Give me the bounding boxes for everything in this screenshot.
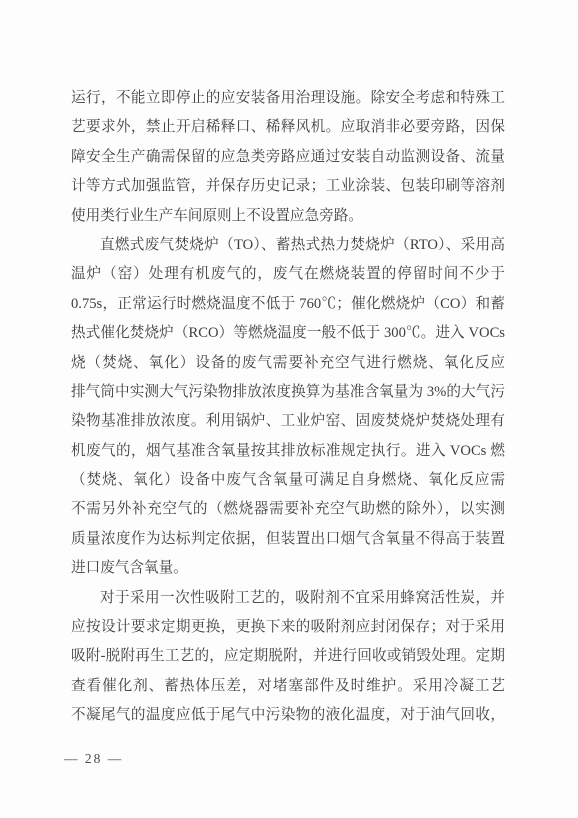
- text-line: 障安全生产确需保留的应急类旁路应通过安装自动监测设备、流量: [71, 143, 505, 172]
- text-line: 热式催化焚烧炉（RCO）等燃烧温度一般不低于 300℃。进入 VOCs 燃: [71, 319, 505, 348]
- text-line: 进口废气含氧量。: [71, 554, 505, 583]
- text-line: 对于采用一次性吸附工艺的，吸附剂不宜采用蜂窝活性炭，并: [71, 584, 505, 613]
- body-text: 运行，不能立即停止的应安装备用治理设施。除安全考虑和特殊工 艺要求外，禁止开启稀…: [71, 84, 505, 731]
- text-line: （焚烧、氧化）设备中废气含氧量可满足自身燃烧、氧化反应需要，: [71, 466, 505, 495]
- text-line: 应按设计要求定期更换，更换下来的吸附剂应封闭保存；对于采用: [71, 613, 505, 642]
- text-line: 吸附-脱附再生工艺的，应定期脱附，并进行回收或销毁处理。定期: [71, 642, 505, 671]
- text-line: 不需另外补充空气的（燃烧器需要补充空气助燃的除外），以实测: [71, 495, 505, 524]
- page-number: — 28 —: [64, 751, 123, 767]
- text-line: 排气筒中实测大气污染物排放浓度换算为基准含氧量为 3%的大气污: [71, 378, 505, 407]
- paragraph-2: 直燃式废气焚烧炉（TO）、蓄热式热力焚烧炉（RTO）、采用高 温炉（窑）处理有机…: [71, 231, 505, 584]
- text-line: 艺要求外，禁止开启稀释口、稀释风机。应取消非必要旁路，因保: [71, 113, 505, 142]
- text-line: 运行，不能立即停止的应安装备用治理设施。除安全考虑和特殊工: [71, 84, 505, 113]
- paragraph-1: 运行，不能立即停止的应安装备用治理设施。除安全考虑和特殊工 艺要求外，禁止开启稀…: [71, 84, 505, 231]
- text-line: 烧（焚烧、氧化）设备的废气需要补充空气进行燃烧、氧化反应的，: [71, 349, 505, 378]
- text-line: 温炉（窑）处理有机废气的，废气在燃烧装置的停留时间不少于: [71, 260, 505, 289]
- text-line: 机废气的，烟气基准含氧量按其排放标准规定执行。进入 VOCs 燃烧: [71, 437, 505, 466]
- text-line: 染物基准排放浓度。利用锅炉、工业炉窑、固废焚烧炉焚烧处理有: [71, 407, 505, 436]
- text-line: 质量浓度作为达标判定依据，但装置出口烟气含氧量不得高于装置: [71, 525, 505, 554]
- text-line: 不凝尾气的温度应低于尾气中污染物的液化温度，对于油气回收，: [71, 701, 505, 730]
- document-page: 运行，不能立即停止的应安装备用治理设施。除安全考虑和特殊工 艺要求外，禁止开启稀…: [0, 0, 578, 818]
- paragraph-3: 对于采用一次性吸附工艺的，吸附剂不宜采用蜂窝活性炭，并 应按设计要求定期更换，更…: [71, 584, 505, 731]
- text-line: 0.75s，正常运行时燃烧温度不低于 760℃；催化燃烧炉（CO）和蓄: [71, 290, 505, 319]
- text-line: 使用类行业生产车间原则上不设置应急旁路。: [71, 202, 505, 231]
- text-line: 计等方式加强监管，并保存历史记录；工业涂装、包装印刷等溶剂: [71, 172, 505, 201]
- text-line: 直燃式废气焚烧炉（TO）、蓄热式热力焚烧炉（RTO）、采用高: [71, 231, 505, 260]
- text-line: 查看催化剂、蓄热体压差，对堵塞部件及时维护。采用冷凝工艺的，: [71, 672, 505, 701]
